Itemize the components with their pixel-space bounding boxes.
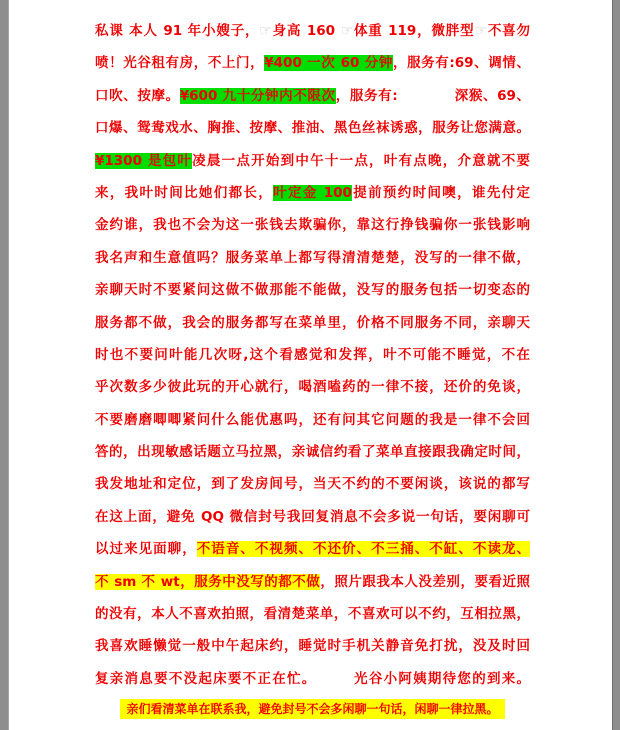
pointing-hand-icon: ☞ xyxy=(474,23,487,39)
text-line: 乎次数多少彼此玩的开心就行，喝酒嗑药的一律不接，还价的免谈， xyxy=(95,371,530,403)
text-line: 我名声和生意值吗？服务菜单上都写得清清楚楚，没写的一律不做， xyxy=(95,242,530,274)
text-line: ¥1300 是包叶凌晨一点开始到中午十一点，叶有点晚，介意就不要 xyxy=(95,145,530,177)
highlight-segment: 不语音、不视频、不还价、不三捅、不缸、不读龙、 xyxy=(197,541,530,557)
highlight-segment: ¥1300 是包叶 xyxy=(95,153,192,169)
text-segment: 乎次数多少彼此玩的开心就行，喝酒嗑药的一律不接，还价的免谈， xyxy=(95,379,530,395)
highlight-segment: ¥600 九十分钟内不限次 xyxy=(180,88,336,104)
text-line: 亲聊天时不要紧问这做不做那能不能做，没写的服务包括一切变态的 xyxy=(95,274,530,306)
text-segment: 不要磨磨唧唧紧问什么能优惠吗，还有问其它问题的我是一律不会回 xyxy=(95,412,530,428)
text-segment: 以过来见面聊， xyxy=(95,541,197,557)
text-segment: 体重 119，微胖型 xyxy=(353,23,474,39)
text-line: 喷！光谷租有房，不上门，¥400 一次 60 分钟，服务有:69、调情、 xyxy=(95,47,530,79)
highlight-segment: 叶定金 100 xyxy=(273,185,352,201)
text-segment: 凌晨一点开始到中午十一点，叶有点晚，介意就不要 xyxy=(192,153,530,169)
text-segment: 不喜勿 xyxy=(487,23,530,39)
text-line: 来，我叶时间比她们都长，叶定金 100提前预约时间噢，谁先付定 xyxy=(95,177,530,209)
text-segment: 我名声和生意值吗？服务菜单上都写得清清楚楚，没写的一律不做， xyxy=(95,250,530,266)
highlight-segment: 不 sm 不 wt，服务中没写的都不做 xyxy=(95,574,320,590)
highlight-segment: ¥400 一次 60 分钟 xyxy=(264,55,393,71)
pointing-hand-icon: ☞ xyxy=(341,23,354,39)
window-edge-right xyxy=(612,0,620,730)
text-segment: 金约谁，我也不会为这一张钱去欺骗你，靠这行挣钱骗你一张钱影响 xyxy=(95,217,530,233)
footer-line: 亲们看清菜单在联系我，避免封号不会多闲聊一句话，闲聊一律拉黑。 xyxy=(95,698,530,719)
text-segment: ，服务有: 深猴、69、 xyxy=(336,88,530,104)
text-line: 我喜欢睡懒觉一般中午起床约，睡觉时手机关静音免打扰，没及时回 xyxy=(95,630,530,662)
text-segment: 我发地址和定位，到了发房间号，当天不约的不要闲谈，该说的都写 xyxy=(95,476,530,492)
text-segment: 私课 本人 91 年小嫂子， xyxy=(95,23,259,39)
text-segment: 的没有，本人不喜欢拍照，看清楚菜单，不喜欢可以不约，互相拉黑， xyxy=(95,606,530,622)
text-segment: 提前预约时间噢，谁先付定 xyxy=(352,185,530,201)
text-line: 私课 本人 91 年小嫂子，☞身高 160 ☞体重 119，微胖型☞不喜勿 xyxy=(95,15,530,47)
text-line: 金约谁，我也不会为这一张钱去欺骗你，靠这行挣钱骗你一张钱影响 xyxy=(95,209,530,241)
window-edge-left xyxy=(0,0,9,730)
text-line: 复亲消息要不没起床要不正在忙。 光谷小阿姨期待您的到来。 xyxy=(95,663,530,695)
text-line: 答的，出现敏感话题立马拉黑，亲诚信约看了菜单直接跟我确定时间， xyxy=(95,436,530,468)
text-line: 以过来见面聊，不语音、不视频、不还价、不三捅、不缸、不读龙、 xyxy=(95,533,530,565)
text-line: 口爆、鸳鸯戏水、胸推、按摩、推油、黑色丝袜诱惑，服务让您满意。 xyxy=(95,112,530,144)
text-line: 的没有，本人不喜欢拍照，看清楚菜单，不喜欢可以不约，互相拉黑， xyxy=(95,598,530,630)
text-segment: 答的，出现敏感话题立马拉黑，亲诚信约看了菜单直接跟我确定时间， xyxy=(95,444,530,460)
text-segment: ，照片跟我本人没差别，要看近照 xyxy=(320,574,530,590)
text-segment: 口吹、按摩。 xyxy=(95,88,180,104)
text-segment: 亲聊天时不要紧问这做不做那能不能做，没写的服务包括一切变态的 xyxy=(95,282,530,298)
footer-highlighted-text: 亲们看清菜单在联系我，避免封号不会多闲聊一句话，闲聊一律拉黑。 xyxy=(120,699,504,719)
text-segment: 在这上面，避免 QQ 微信封号我回复消息不会多说一句话，要闲聊可 xyxy=(95,509,530,525)
text-segment: 来，我叶时间比她们都长， xyxy=(95,185,273,201)
text-segment: 服务都不做，我会的服务都写在菜单里，价格不同服务不同，亲聊天 xyxy=(95,315,530,331)
text-line: 不 sm 不 wt，服务中没写的都不做，照片跟我本人没差别，要看近照 xyxy=(95,566,530,598)
text-line: 时也不要问叶能几次呀,这个看感觉和发挥，叶不可能不睡觉，不在 xyxy=(95,339,530,371)
text-line: 口吹、按摩。¥600 九十分钟内不限次，服务有: 深猴、69、 xyxy=(95,80,530,112)
text-segment: 我喜欢睡懒觉一般中午起床约，睡觉时手机关静音免打扰，没及时回 xyxy=(95,638,530,654)
text-line: 服务都不做，我会的服务都写在菜单里，价格不同服务不同，亲聊天 xyxy=(95,307,530,339)
text-segment: 口爆、鸳鸯戏水、胸推、按摩、推油、黑色丝袜诱惑，服务让您满意。 xyxy=(95,120,530,136)
text-line: 不要磨磨唧唧紧问什么能优惠吗，还有问其它问题的我是一律不会回 xyxy=(95,404,530,436)
text-segment: ，服务有:69、调情、 xyxy=(393,55,530,71)
text-segment: 喷！光谷租有房，不上门， xyxy=(95,55,264,71)
text-segment: 复亲消息要不没起床要不正在忙。 光谷小阿姨期待您的到来。 xyxy=(95,671,530,687)
text-line: 我发地址和定位，到了发房间号，当天不约的不要闲谈，该说的都写 xyxy=(95,468,530,500)
text-lines: 私课 本人 91 年小嫂子，☞身高 160 ☞体重 119，微胖型☞不喜勿喷！光… xyxy=(95,15,530,695)
text-line: 在这上面，避免 QQ 微信封号我回复消息不会多说一句话，要闲聊可 xyxy=(95,501,530,533)
text-segment: 时也不要问叶能几次呀,这个看感觉和发挥，叶不可能不睡觉，不在 xyxy=(95,347,530,363)
document-text: 私课 本人 91 年小嫂子，☞身高 160 ☞体重 119，微胖型☞不喜勿喷！光… xyxy=(95,15,530,719)
pointing-hand-icon: ☞ xyxy=(259,23,272,39)
text-segment: 身高 160 xyxy=(272,23,341,39)
